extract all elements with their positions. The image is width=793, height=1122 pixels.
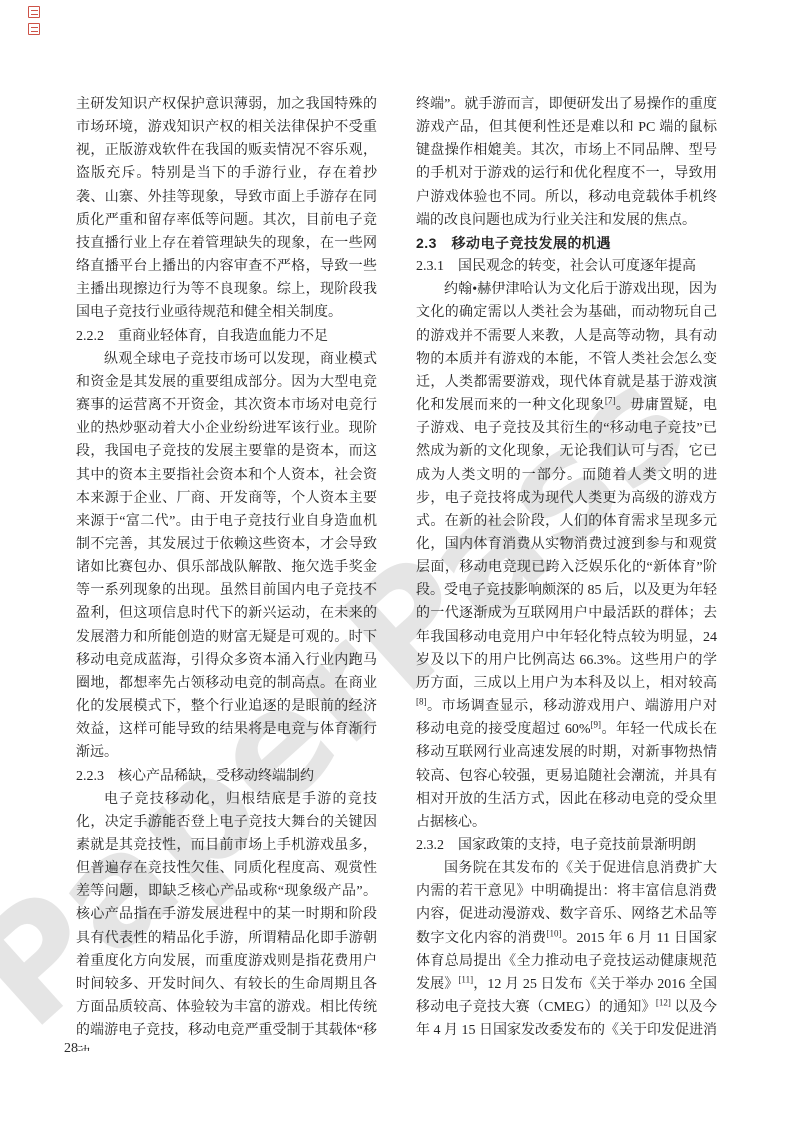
left-column: 主研发知识产权保护意识薄弱，加之我国特殊的市场环境，游戏知识产权的相关法律保护不… [76, 93, 377, 1051]
section-heading-2-2-3: 2.2.3 核心产品稀缺，受移动终端制约 [76, 765, 377, 788]
page-number: 28 [64, 1041, 78, 1057]
thesis-page: PaperPass 主研发知识产权保护意识薄弱，加之我国特殊的市场环境，游戏知识… [0, 0, 793, 1122]
paragraph-mobile-terminal: 终端”。就手游而言，即便研发出了易操作的重度游戏产品，但其便利性还是难以和 PC… [416, 93, 717, 232]
paragraph-commerce-over-sport: 纵观全球电子竞技市场可以发现，商业模式和资金是其发展的重要组成部分。因为大型电竞… [76, 348, 377, 765]
paragraph-state-policy: 国务院在其发布的《关于促进信息消费扩大内需的若干意见》中明确提出：将丰富信息消费… [416, 857, 717, 1042]
red-seal-stamp [28, 6, 42, 35]
right-column: 终端”。就手游而言，即便研发出了易操作的重度游戏产品，但其便利性还是难以和 PC… [416, 93, 717, 1051]
paragraph-core-product-scarcity: 电子竞技移动化，归根结底是手游的竞技化，决定手游能否登上电子竞技大舞台的关键因素… [76, 788, 377, 1051]
paragraph-ip-protection: 主研发知识产权保护意识薄弱，加之我国特殊的市场环境，游戏知识产权的相关法律保护不… [76, 93, 377, 325]
red-seal-mark-icon [28, 23, 40, 35]
section-heading-2-3-1: 2.3.1 国民观念的转变，社会认可度逐年提高 [416, 255, 717, 278]
section-heading-2-3: 2.3 移动电子竞技发展的机遇 [416, 232, 717, 255]
red-seal-mark-icon [28, 6, 40, 18]
section-heading-2-2-2: 2.2.2 重商业轻体育，自我造血能力不足 [76, 325, 377, 348]
section-heading-2-3-2: 2.3.2 国家政策的支持，电子竞技前景渐明朗 [416, 834, 717, 857]
paragraph-national-attitude: 约翰•赫伊津哈认为文化后于游戏出现，因为文化的确定需以人类社会为基础，而动物玩自… [416, 278, 717, 834]
